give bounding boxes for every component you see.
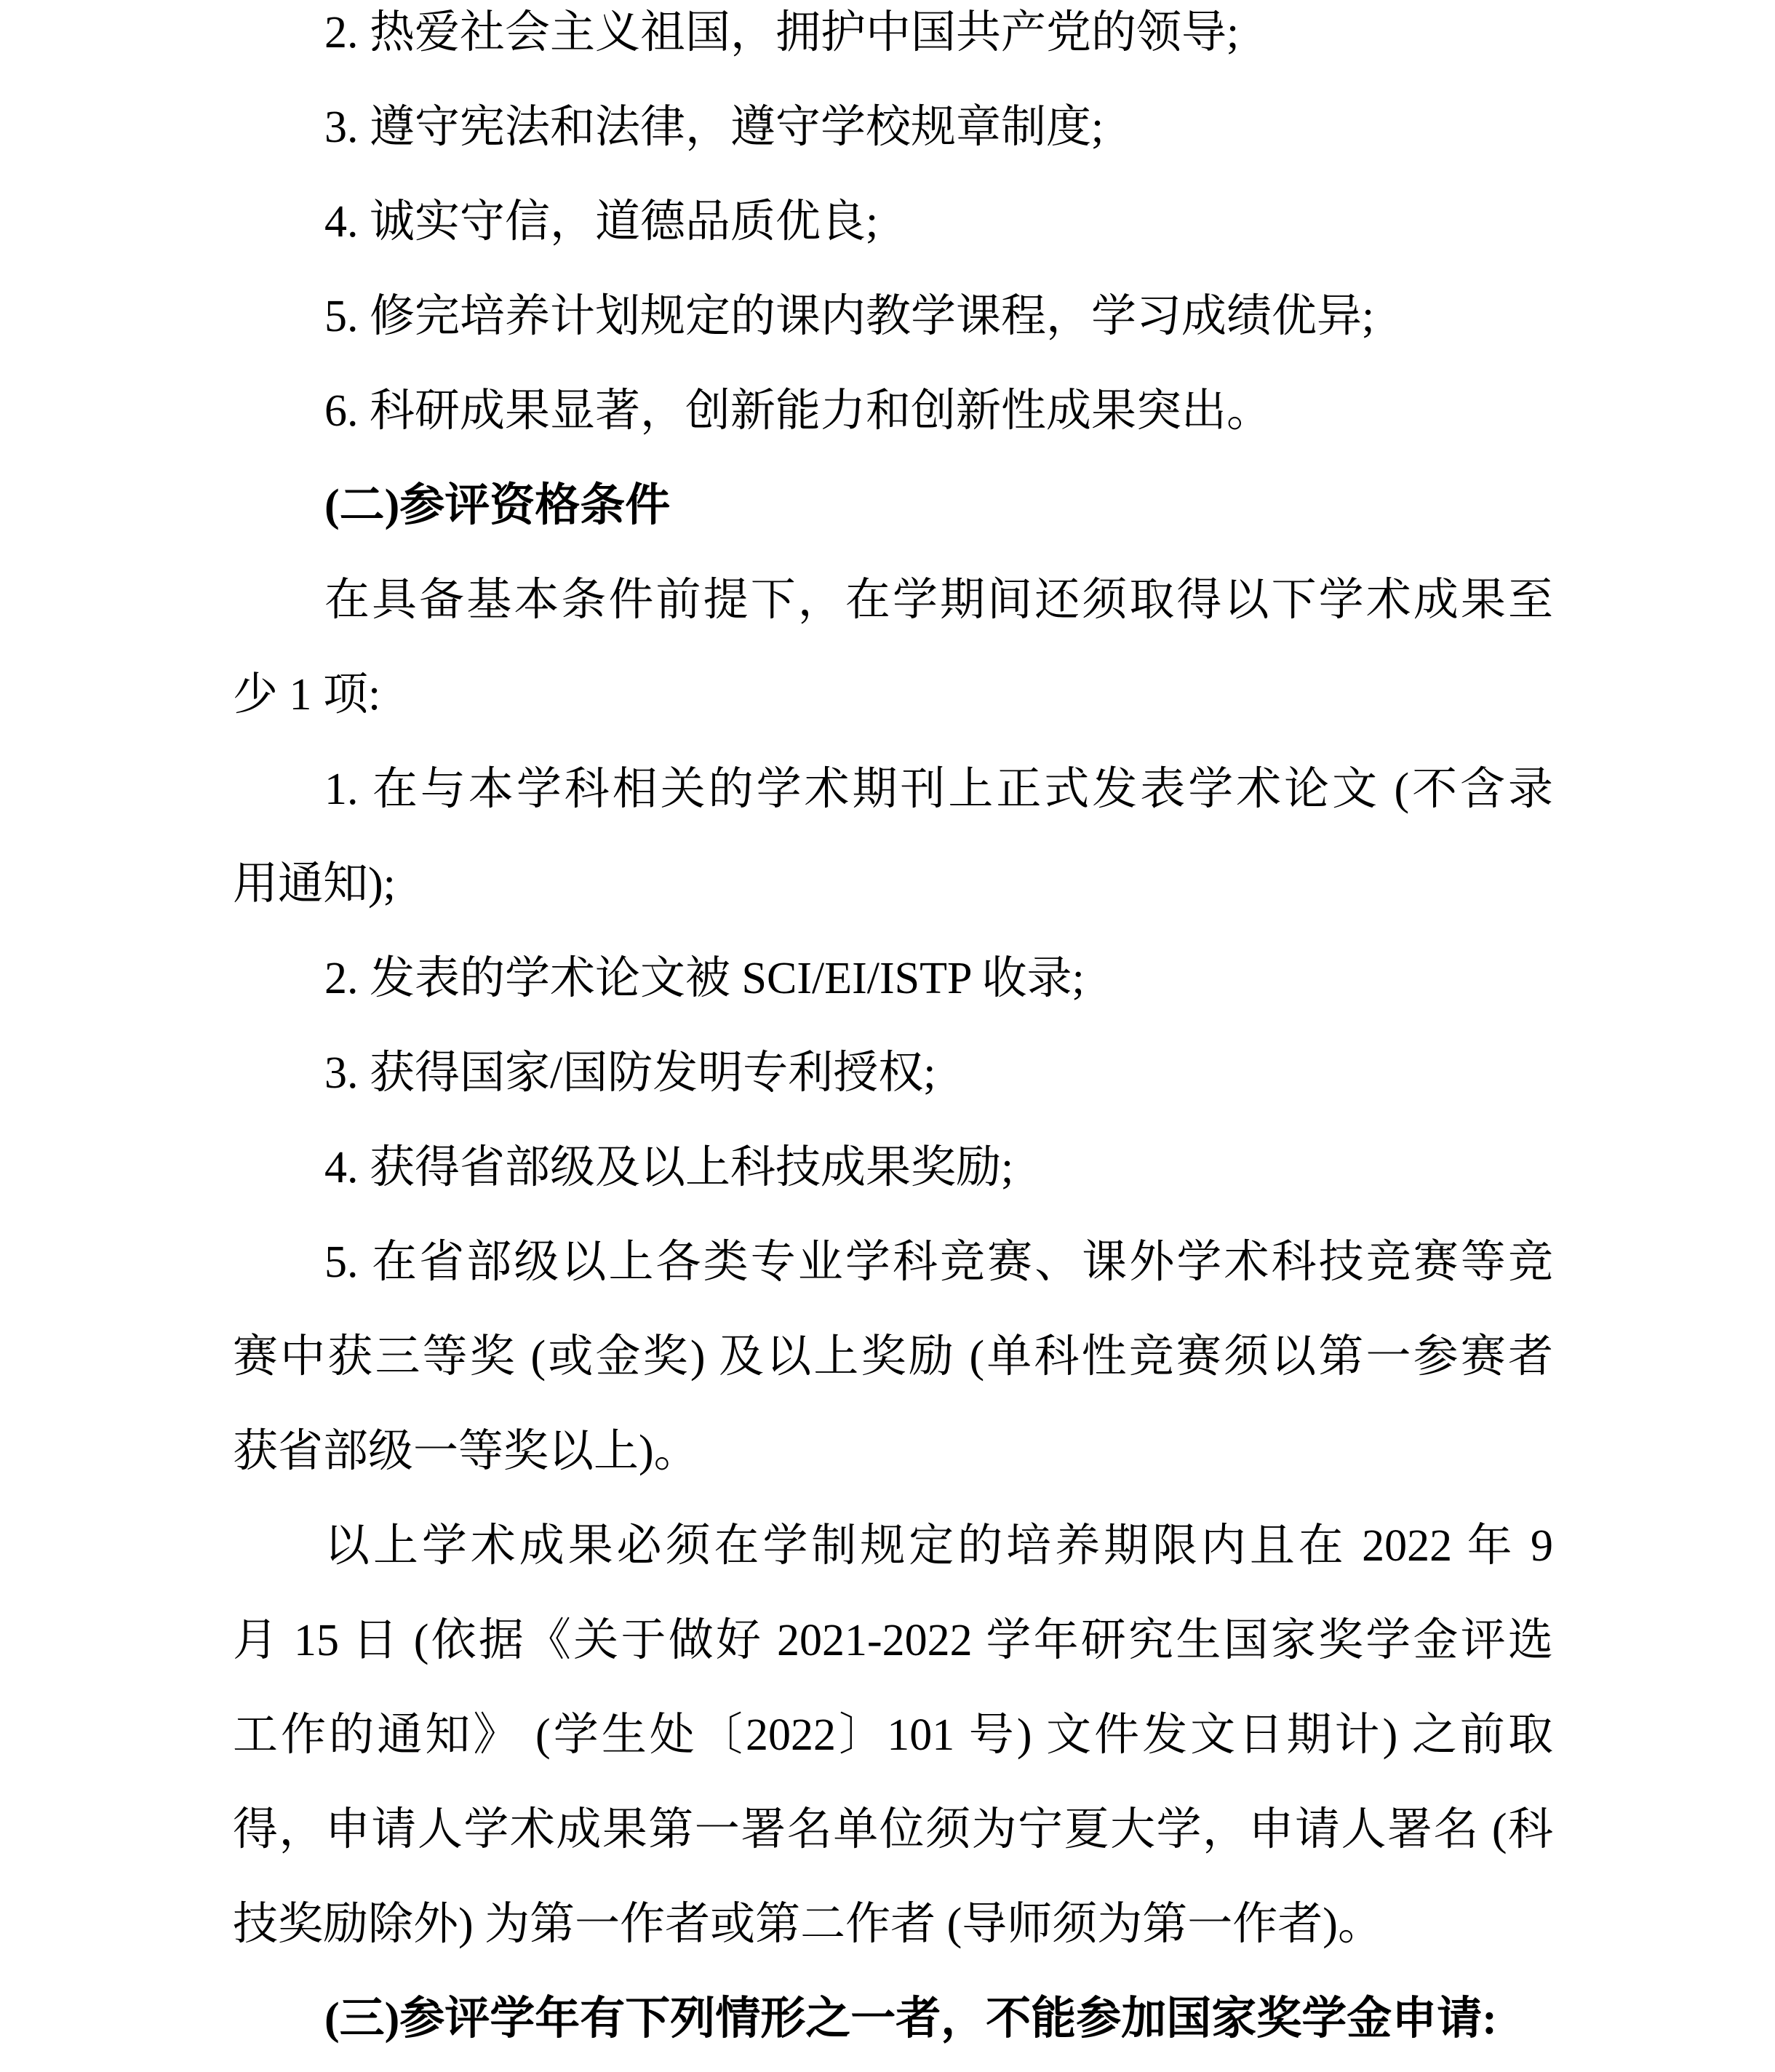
text-line-2: 3. 遵守宪法和法律，遵守学校规章制度; — [233, 80, 1553, 175]
text-line-5: 6. 科研成果显著，创新能力和创新性成果突出。 — [233, 364, 1553, 458]
text-line-22: (三)参评学年有下列情形之一者，不能参加国家奖学金申请: — [233, 1972, 1553, 2066]
document-page: 2. 热爱社会主义祖国，拥护中国共产党的领导;3. 遵守宪法和法律，遵守学校规章… — [0, 0, 1775, 2072]
text-line-11: 2. 发表的学术论文被 SCI/EI/ISTP 收录; — [233, 931, 1553, 1026]
text-line-19: 工作的通知》 (学生处〔2022〕101 号) 文件发文日期计) 之前取 — [233, 1688, 1553, 1782]
text-line-7: 在具备基本条件前提下，在学期间还须取得以下学术成果至 — [233, 553, 1553, 647]
text-line-1: 2. 热爱社会主义祖国，拥护中国共产党的领导; — [233, 0, 1553, 80]
text-line-20: 得，申请人学术成果第一署名单位须为宁夏大学，申请人署名 (科 — [233, 1782, 1553, 1877]
text-line-13: 4. 获得省部级及以上科技成果奖励; — [233, 1120, 1553, 1215]
document-body: 2. 热爱社会主义祖国，拥护中国共产党的领导;3. 遵守宪法和法律，遵守学校规章… — [233, 0, 1553, 2066]
text-line-6: (二)参评资格条件 — [233, 458, 1553, 553]
text-line-3: 4. 诚实守信，道德品质优良; — [233, 175, 1553, 269]
text-line-21: 技奖励除外) 为第一作者或第二作者 (导师须为第一作者)。 — [233, 1877, 1553, 1972]
text-line-8: 少 1 项: — [233, 647, 1553, 742]
text-line-18: 月 15 日 (依据《关于做好 2021-2022 学年研究生国家奖学金评选 — [233, 1593, 1553, 1688]
text-line-9: 1. 在与本学科相关的学术期刊上正式发表学术论文 (不含录 — [233, 742, 1553, 837]
text-line-17: 以上学术成果必须在学制规定的培养期限内且在 2022 年 9 — [233, 1499, 1553, 1593]
text-line-10: 用通知); — [233, 837, 1553, 931]
text-line-14: 5. 在省部级以上各类专业学科竞赛、课外学术科技竞赛等竞 — [233, 1215, 1553, 1310]
text-line-4: 5. 修完培养计划规定的课内教学课程，学习成绩优异; — [233, 269, 1553, 364]
text-line-12: 3. 获得国家/国防发明专利授权; — [233, 1026, 1553, 1120]
text-line-16: 获省部级一等奖以上)。 — [233, 1404, 1553, 1499]
text-line-15: 赛中获三等奖 (或金奖) 及以上奖励 (单科性竞赛须以第一参赛者 — [233, 1310, 1553, 1404]
